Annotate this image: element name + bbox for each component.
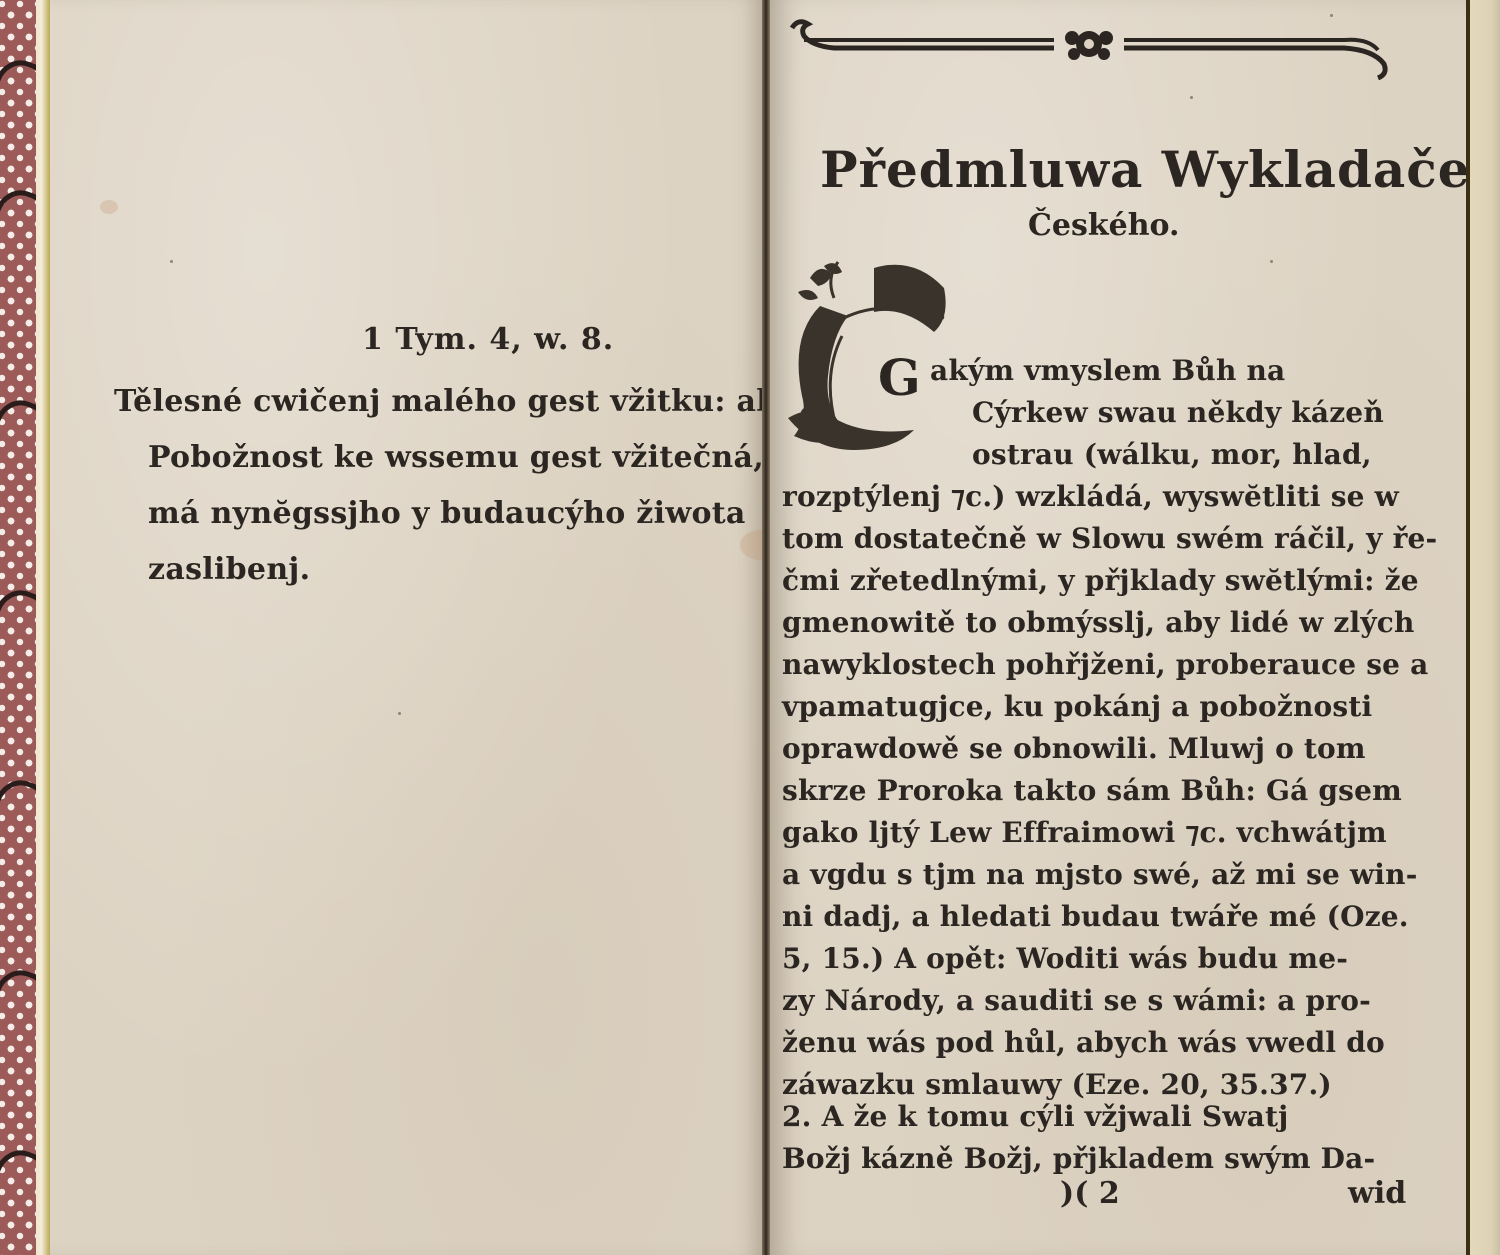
body-line: skrze Proroka takto sám Bůh: Gá gsem [782, 774, 1402, 807]
body-line: 2. A že k tomu cýli vžjwali Swatj [782, 1100, 1288, 1133]
floral-initial-icon [784, 258, 954, 456]
verse-line: Pobožnost ke wssemu gest vžitečná, a [148, 440, 795, 475]
body-line: Božj kázně Božj, přjkladem swým Da- [782, 1142, 1375, 1175]
binding-pattern [0, 773, 40, 843]
binding-pattern [0, 53, 40, 123]
left-page: 1 Tym. 4, w. 8. Tělesné cwičenj malého g… [50, 0, 762, 1255]
verse-line: Tělesné cwičenj malého gest vžitku: ale [114, 384, 738, 419]
body-line: Cýrkew swau někdy kázeň [972, 396, 1384, 429]
page-edge [1470, 0, 1500, 1255]
binding-pattern [0, 393, 40, 463]
book-cover-binding [0, 0, 40, 1255]
right-page: Předmluwa Wykladače Českého. G akým vmys… [770, 0, 1470, 1255]
page-title: Předmluwa Wykladače [820, 140, 1471, 199]
verse-line: má nynĕgssjho y budaucýho žiwota [148, 496, 746, 531]
paper-speck [170, 260, 173, 263]
body-line: čmi zřetedlnými, y přjklady swĕtlými: že [782, 564, 1419, 597]
page-subtitle: Českého. [1028, 208, 1179, 243]
verse-line: zaslibenj. [148, 552, 310, 587]
body-line: vpamatugjce, ku pokánj a pobožnosti [782, 690, 1372, 723]
body-line: oprawdowě se obnowili. Mluwj o tom [782, 732, 1366, 765]
initial-letter: G [878, 348, 921, 407]
paper-speck [1190, 96, 1193, 99]
body-line: 5, 15.) A opět: Woditi wás budu me- [782, 942, 1348, 975]
body-line: ni dadj, a hledati budau twáře mé (Oze. [782, 900, 1409, 933]
header-ornament-icon [784, 14, 1400, 80]
body-line: ostrau (wálku, mor, hlad, [972, 438, 1372, 471]
binding-pattern [0, 583, 40, 653]
body-line: nawyklostech pohřjženi, proberauce se a [782, 648, 1428, 681]
binding-pattern [0, 1143, 40, 1213]
paper-stain [100, 200, 118, 214]
decorated-initial: G [784, 258, 954, 456]
paper-speck [1330, 14, 1333, 17]
body-line: rozptýlenj ⁊c.) wzkládá, wyswĕtliti se w [782, 480, 1399, 513]
signature-mark: )( 2 [1060, 1176, 1120, 1211]
scripture-reference: 1 Tym. 4, w. 8. [362, 322, 614, 357]
body-line: záwazku smlauwy (Eze. 20, 35.37.) [782, 1068, 1332, 1101]
body-line: gako ljtý Lew Effraimowi ⁊c. vchwátjm [782, 816, 1387, 849]
binding-pattern [0, 183, 40, 253]
paper-speck [398, 712, 401, 715]
binding-pattern [0, 963, 40, 1033]
body-line: a vgdu s tjm na mjsto swé, až mi se win- [782, 858, 1418, 891]
page-edge [36, 0, 50, 1255]
body-line: tom dostatečně w Slowu swém ráčil, y ře- [782, 522, 1437, 555]
body-line: zy Národy, a sauditi se s wámi: a pro- [782, 984, 1371, 1017]
body-line: gmenowitě to obmýsslj, aby lidé w zlých [782, 606, 1415, 639]
book-gutter [762, 0, 770, 1255]
paper-speck [1270, 260, 1273, 263]
body-line: ženu wás pod hůl, abych wás vwedl do [782, 1026, 1385, 1059]
catchword: wid [1348, 1176, 1406, 1211]
body-line: akým vmyslem Bůh na [930, 354, 1285, 387]
